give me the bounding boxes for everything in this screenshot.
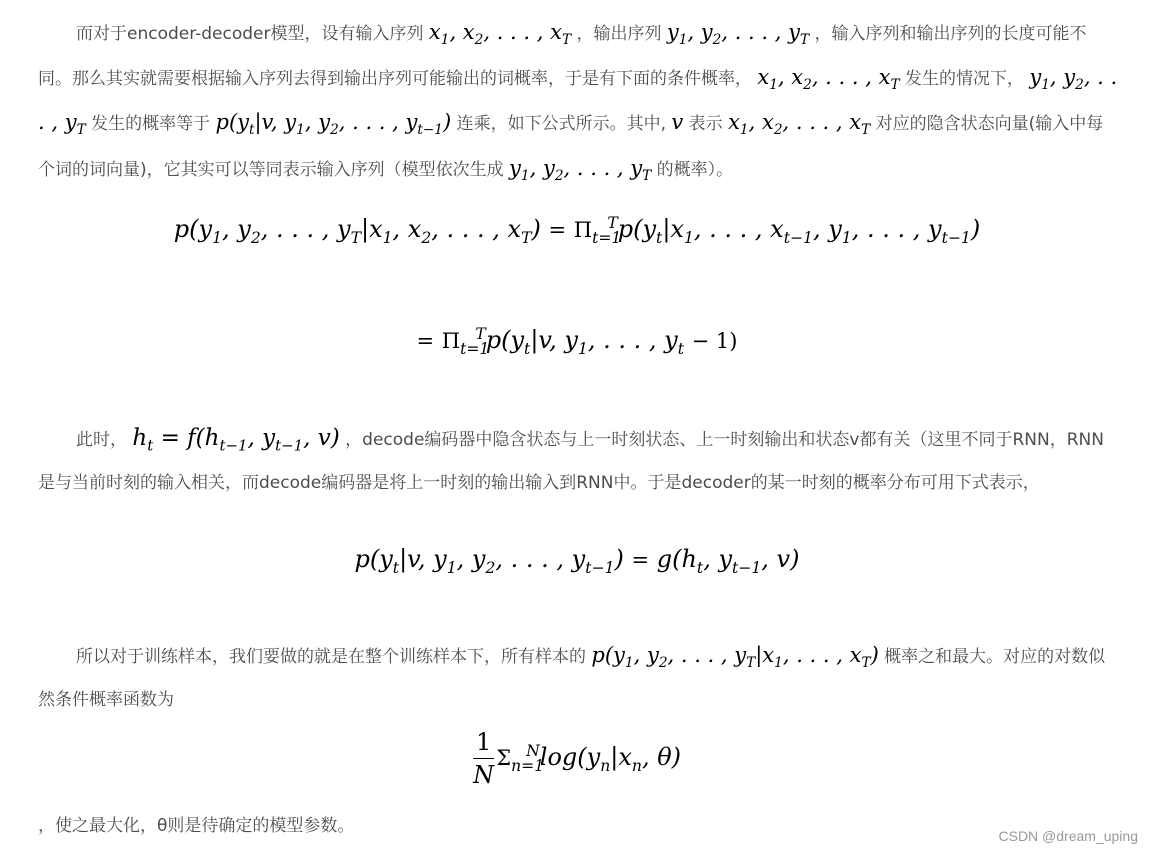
text: ，输出序列 (576, 24, 661, 44)
equation-joint-probability: p(y1, y2, . . . , yT|x1, x2, . . . , xT)… (0, 214, 1154, 247)
text: 表示 (689, 114, 723, 134)
math-input-sequence: x1, x2, . . . , xT (757, 65, 899, 89)
equation-product-simplified: = Πt=1Tp(yt|v, y1, . . . , yt − 1) (0, 325, 1154, 358)
math-v: v (671, 110, 683, 134)
math-input-sequence: x1, x2, . . . , xT (728, 110, 870, 134)
paragraph-decoder-hidden-state: 此时， ht = f(ht−1, yt−1, v) ，decode编码器中隐含状… (38, 420, 1118, 502)
text: 连乘，如下公式所示。其中, (457, 114, 666, 134)
math-output-sequence: y1, y2, . . . , yT (667, 20, 809, 44)
text: 发生的概率等于 (91, 114, 210, 134)
math-sample-probability: p(y1, y2, . . . , yT|x1, . . . , xT) (591, 643, 878, 667)
text: ，使之最大化，θ则是待确定的模型参数。 (38, 816, 354, 836)
text: 发生的情况下， (905, 69, 1024, 89)
math-conditional-prob: p(yt|v, y1, y2, . . . , yt−1) (216, 110, 452, 134)
paragraph-training-objective: 所以对于训练样本，我们要做的就是在整个训练样本下，所有样本的 p(y1, y2,… (38, 637, 1118, 719)
text: 的概率）。 (657, 160, 734, 180)
csdn-watermark: CSDN @dream_uping (999, 828, 1139, 844)
text: 所以对于训练样本，我们要做的就是在整个训练样本下，所有样本的 (76, 647, 586, 667)
paragraph-encoder-decoder-intro: 而对于encoder-decoder模型，设有输入序列 x1, x2, . . … (38, 14, 1118, 195)
equation-decoder-distribution: p(yt|v, y1, y2, . . . , yt−1) = g(ht, yt… (0, 545, 1154, 577)
math-output-sequence: y1, y2, . . . , yT (509, 156, 651, 180)
math-hidden-state: ht = f(ht−1, yt−1, v) (132, 425, 339, 451)
math-input-sequence: x1, x2, . . . , xT (429, 20, 571, 44)
text: 此时， (76, 430, 127, 450)
text: 而对于encoder-decoder模型，设有输入序列 (76, 24, 424, 44)
equation-log-likelihood: 1NΣn=1Nlog(yn|xn, θ) (0, 726, 1154, 791)
fraction-one-over-n: 1N (473, 726, 494, 791)
paragraph-maximize: ，使之最大化，θ则是待确定的模型参数。 (38, 808, 1118, 845)
